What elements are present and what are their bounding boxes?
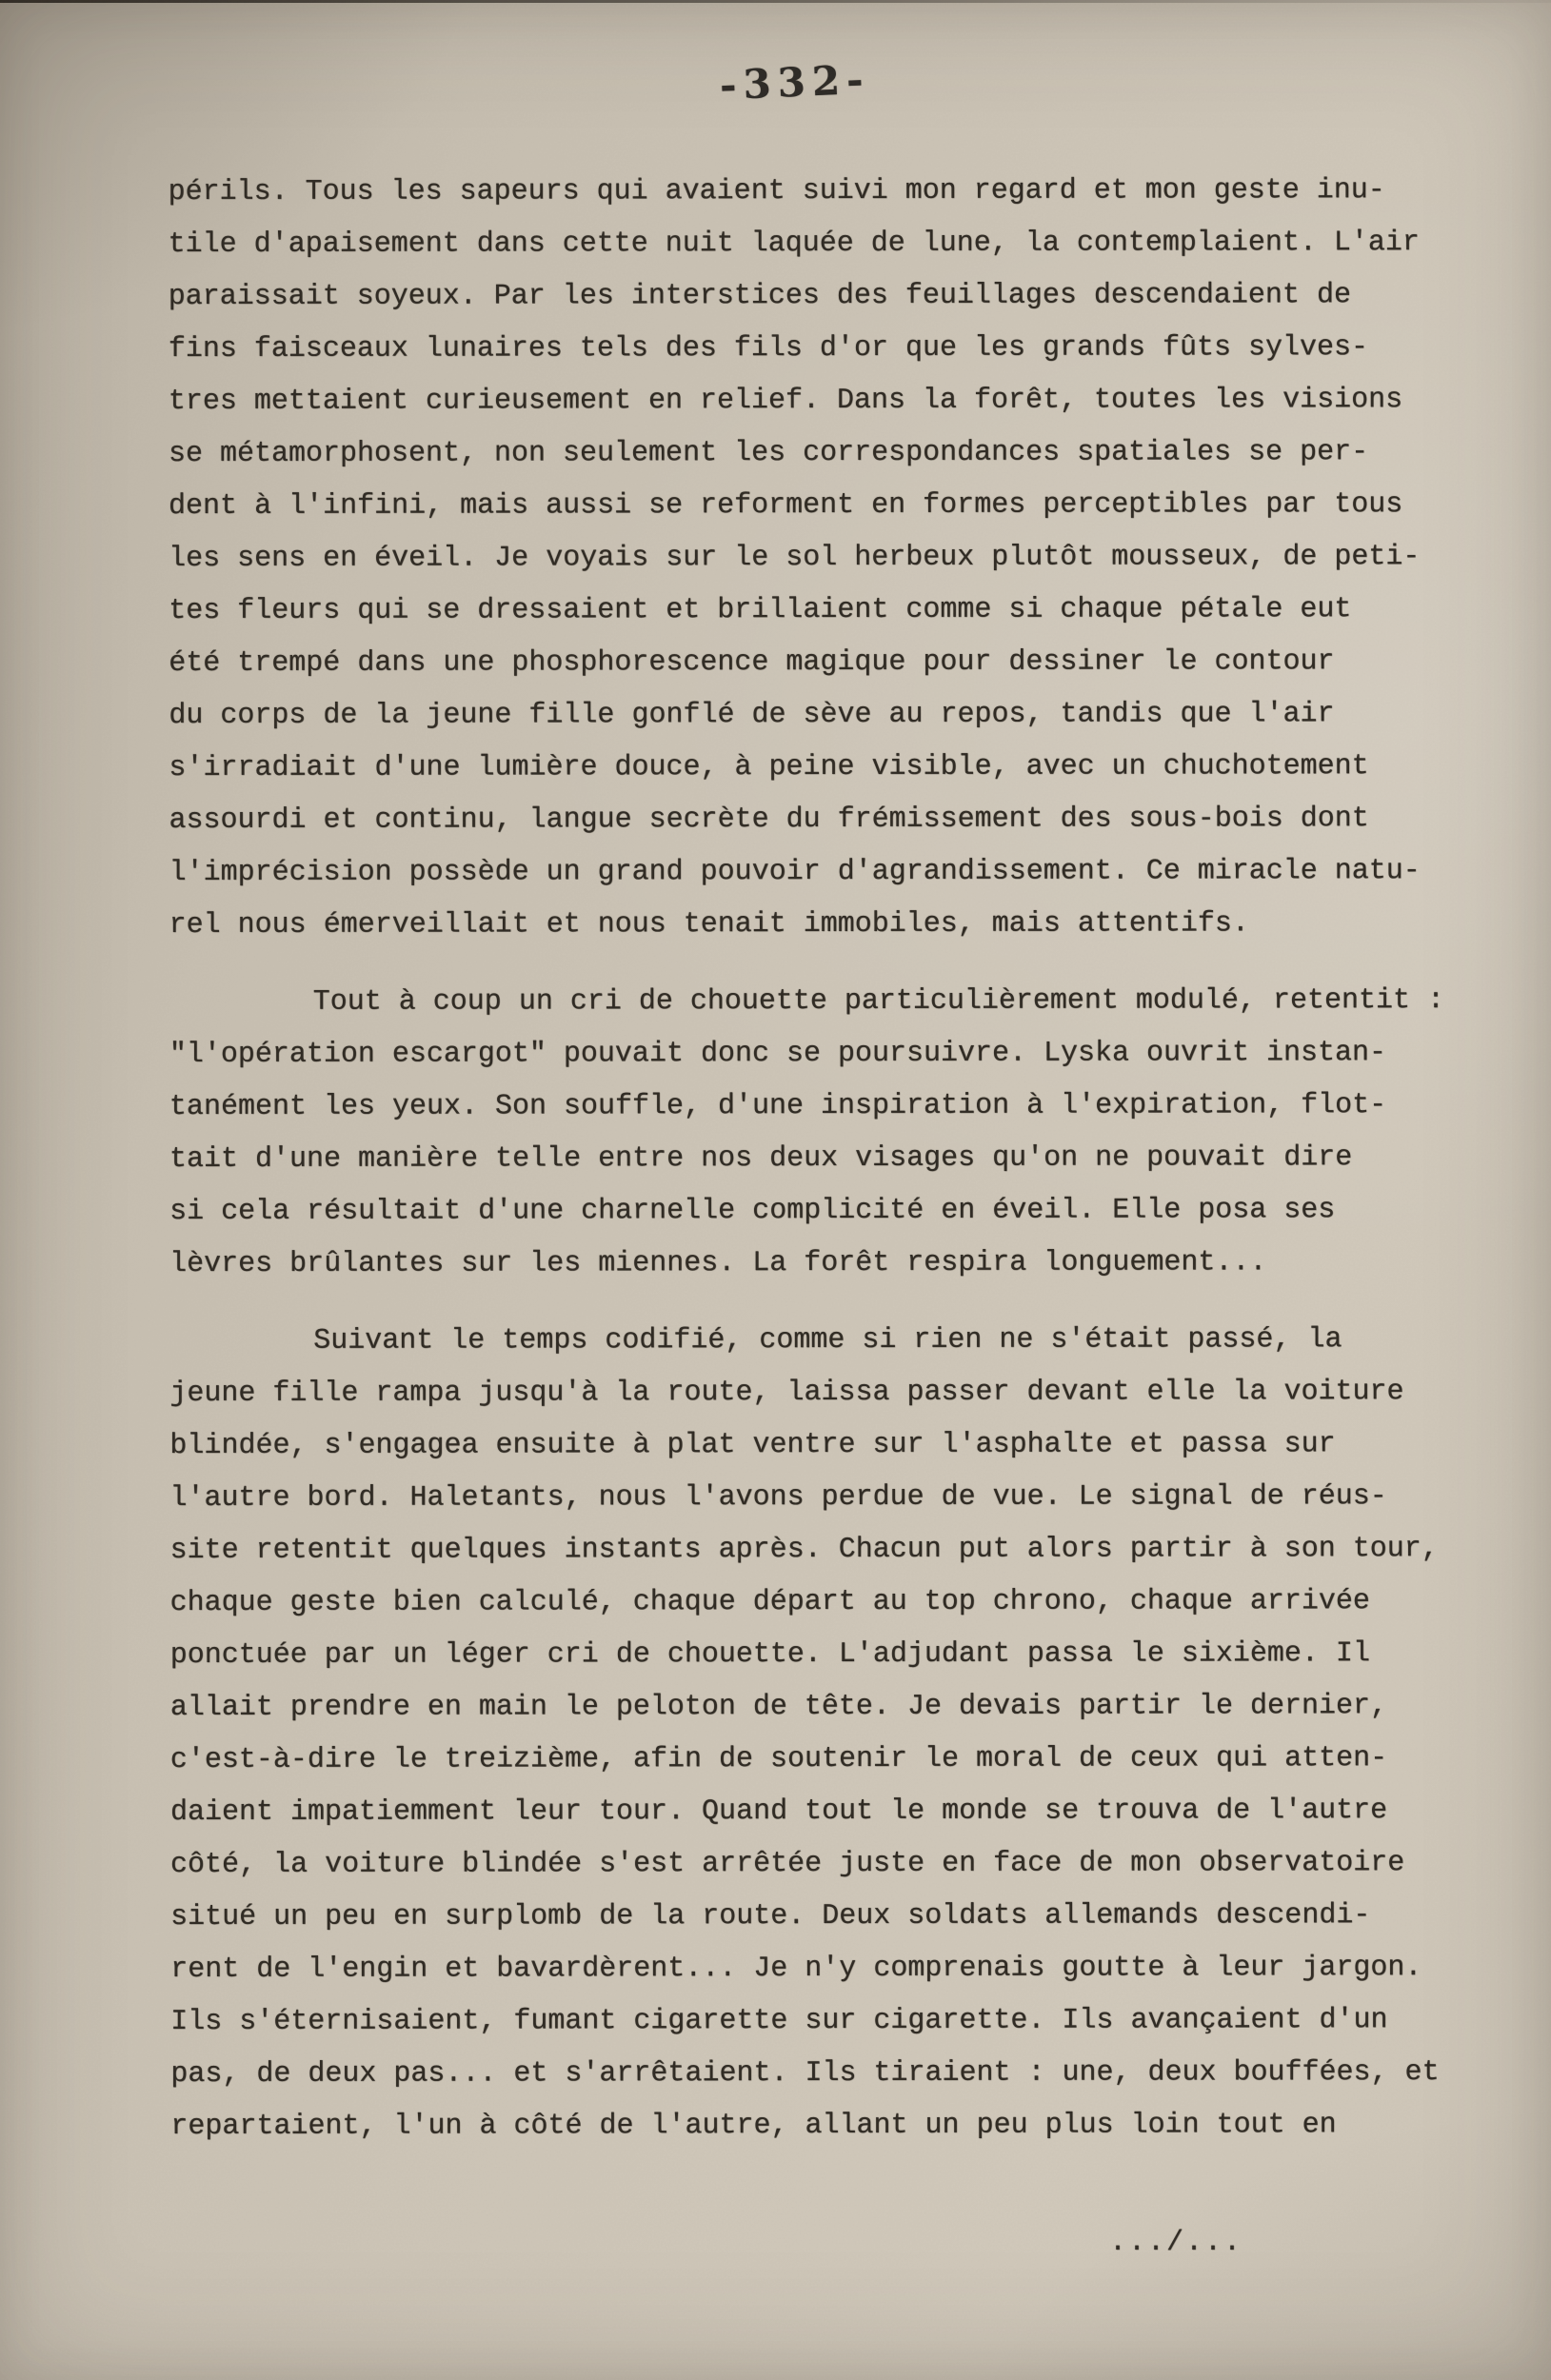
text-line: si cela résultait d'une charnelle compli… <box>169 1184 1521 1239</box>
text-line: Tout à coup un cri de chouette particuli… <box>169 975 1521 1029</box>
typewritten-text-block: périls. Tous les sapeurs qui avaient sui… <box>169 165 1523 2153</box>
text-line: été trempé dans une phosphorescence magi… <box>169 636 1521 690</box>
text-line: se métamorphosent, non seulement les cor… <box>169 426 1521 481</box>
text-line: tres mettaient curieusement en relief. D… <box>169 374 1521 428</box>
text-line: repartaient, l'un à côté de l'autre, all… <box>170 2099 1522 2153</box>
text-line: du corps de la jeune fille gonflé de sèv… <box>169 688 1521 743</box>
text-line: tes fleurs qui se dressaient et brillaie… <box>169 584 1521 638</box>
text-line: tile d'apaisement dans cette nuit laquée… <box>169 217 1521 271</box>
text-line: périls. Tous les sapeurs qui avaient sui… <box>169 165 1521 219</box>
text-line: s'irradiait d'une lumière douce, à peine… <box>169 741 1521 795</box>
text-line: site retentit quelques instants après. C… <box>170 1523 1522 1577</box>
paragraph-2: Tout à coup un cri de chouette particuli… <box>169 975 1521 1291</box>
text-line: daient impatiemment leur tour. Quand tou… <box>170 1785 1522 1839</box>
page-top-edge-shadow <box>0 0 1551 3</box>
text-line: l'autre bord. Haletants, nous l'avons pe… <box>169 1471 1521 1525</box>
text-line: "l'opération escargot" pouvait donc se p… <box>169 1027 1521 1081</box>
text-line: jeune fille rampa jusqu'à la route, lais… <box>169 1366 1521 1420</box>
text-line: tait d'une manière telle entre nos deux … <box>169 1132 1521 1186</box>
text-line: lèvres brûlantes sur les miennes. La for… <box>169 1237 1521 1291</box>
scanned-typescript-page: -332- périls. Tous les sapeurs qui avaie… <box>0 0 1551 2380</box>
text-line: chaque geste bien calculé, chaque départ… <box>170 1576 1522 1630</box>
text-line: Suivant le temps codifié, comme si rien … <box>169 1314 1521 1368</box>
text-line: Ils s'éternisaient, fumant cigarette sur… <box>170 1994 1522 2049</box>
text-line: tanément les yeux. Son souffle, d'une in… <box>169 1080 1521 1134</box>
text-line: fins faisceaux lunaires tels des fils d'… <box>169 322 1521 376</box>
text-line: c'est-à-dire le treizième, afin de soute… <box>170 1733 1522 1787</box>
text-line: ponctuée par un léger cri de chouette. L… <box>170 1628 1522 1682</box>
continuation-mark: .../... <box>1109 2217 1243 2270</box>
text-line: allait prendre en main le peloton de têt… <box>170 1680 1522 1735</box>
paragraph-1: périls. Tous les sapeurs qui avaient sui… <box>169 165 1521 952</box>
text-line: côté, la voiture blindée s'est arrêtée j… <box>170 1837 1522 1892</box>
paragraph-3: Suivant le temps codifié, comme si rien … <box>169 1314 1522 2153</box>
text-line: les sens en éveil. Je voyais sur le sol … <box>169 531 1521 585</box>
text-line: blindée, s'engagea ensuite à plat ventre… <box>169 1418 1521 1473</box>
text-line: rent de l'engin et bavardèrent... Je n'y… <box>170 1942 1522 1996</box>
text-line: pas, de deux pas... et s'arrêtaient. Ils… <box>170 2047 1522 2101</box>
text-line: situé un peu en surplomb de la route. De… <box>170 1890 1522 1944</box>
text-line: l'imprécision possède un grand pouvoir d… <box>169 845 1521 900</box>
text-line: rel nous émerveillait et nous tenait imm… <box>169 898 1521 952</box>
page-number: -332- <box>719 56 870 109</box>
text-line: dent à l'infini, mais aussi se reforment… <box>169 479 1521 533</box>
text-line: paraissait soyeux. Par les interstices d… <box>169 269 1521 324</box>
text-line: assourdi et continu, langue secrète du f… <box>169 793 1521 847</box>
